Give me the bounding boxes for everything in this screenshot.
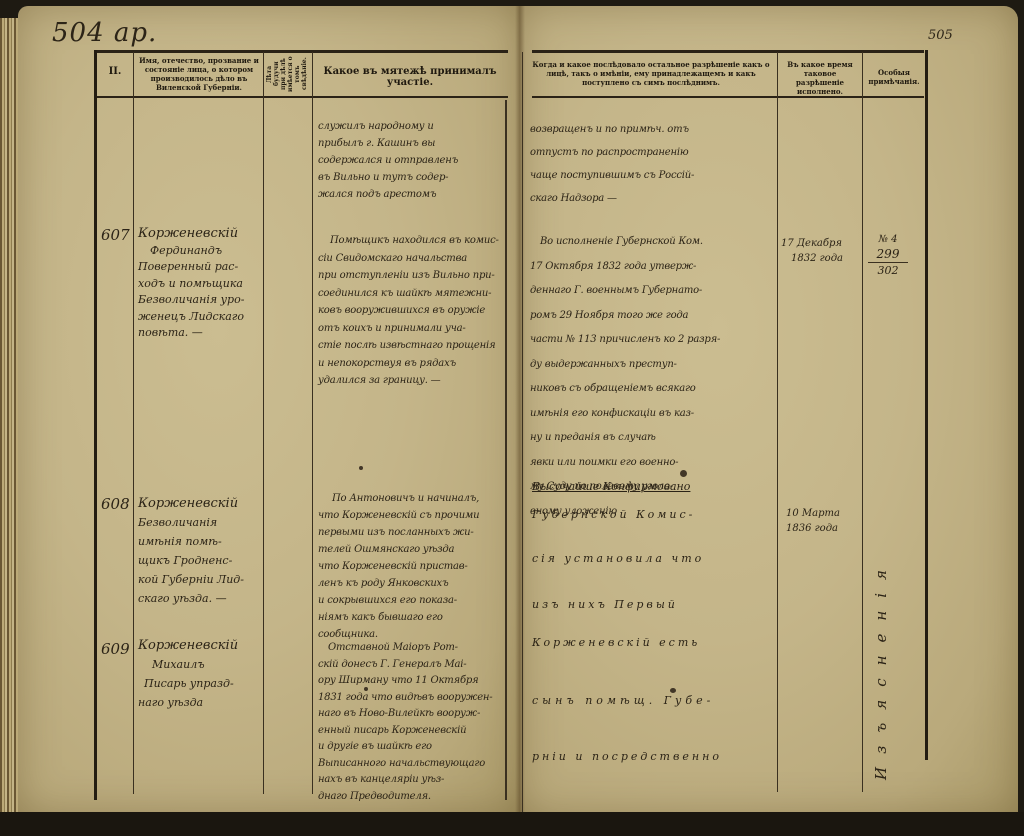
text-line: нахъ въ канцеляріи уѣз- — [318, 772, 492, 789]
header-number: II. — [100, 66, 130, 77]
text-line: Безволичанія — [138, 513, 244, 532]
text-line: повѣта. — — [138, 325, 244, 342]
entry-number: 608 — [101, 495, 130, 513]
ink-spot — [359, 466, 363, 470]
page-number-right: 505 — [928, 28, 953, 43]
text-line: телей Ошмянскаго уѣзда — [318, 541, 479, 558]
text-line: Высочайше Конфирмовано — [532, 480, 704, 508]
text-line: скаго Надзора — — [530, 187, 694, 210]
text-line: днаго Предводителя. — [318, 789, 492, 806]
col-divider-name — [263, 52, 264, 794]
text-line: сіи Свидомскаго начальства — [318, 250, 499, 268]
text-line: Отставной Маіоръ Рот- — [318, 640, 492, 657]
page-number-left: 504 ap. — [52, 18, 157, 48]
continuation-participation: служилъ народному и прибылъ г. Кашинъ вы… — [318, 118, 458, 203]
text-line: явки или поимки его военно- — [530, 451, 720, 476]
text-line: что Корженевскій пристав- — [318, 558, 479, 575]
text-line: Писарь упразд- — [138, 674, 238, 693]
text-line: ніямъ какъ бывшаго его — [318, 609, 479, 626]
entry-name: Корженевскій Безволичанія имѣнія помѣ- щ… — [138, 494, 244, 608]
text-line: содержался и отправленъ — [318, 152, 458, 169]
text-line: скій донесъ Г. Генералъ Маі- — [318, 657, 492, 674]
text-line: имѣнія его конфискаціи въ каз- — [530, 402, 720, 427]
ink-spot — [680, 470, 687, 477]
header-bottom-rule-right — [532, 96, 924, 98]
text-line: рніи и посредственно — [532, 750, 722, 763]
text-line: стіе послѣ извѣстнаго прощенія — [318, 337, 499, 355]
text-line: въ Вильно и тутъ содер- — [318, 169, 458, 186]
text-line: при отступленіи изъ Вильно при- — [318, 267, 499, 285]
book-gutter — [515, 6, 525, 816]
col-divider-executed — [862, 52, 863, 792]
col-divider-resolution-left — [522, 52, 523, 812]
text-line: ору Ширману что 11 Октября — [318, 673, 492, 690]
text-line: 17 Октября 1832 года утверж- — [530, 255, 720, 280]
entry-resolution: Корженевскій есть сынъ помѣщ. Губе- рніи… — [532, 636, 722, 763]
text-line: ну и преданія въ случаѣ — [530, 426, 720, 451]
col-divider-participation-right — [505, 100, 507, 800]
entry-executed-date: 17 Декабря 1832 года — [781, 236, 843, 266]
text-line: 1831 года что видѣвъ вооружен- — [318, 690, 492, 707]
text-line: ковъ вооружившихся въ оружіе — [318, 302, 499, 320]
text-line: наго уѣзда — [138, 693, 238, 712]
text-line: Корженевскій есть — [532, 636, 722, 694]
text-line: 10 Марта — [786, 506, 840, 521]
header-age: Лѣта будучи при дѣлѣ имѣется о томъ свѣд… — [266, 55, 310, 93]
text-line: Безволичанія уро- — [138, 292, 244, 309]
text-line: По Антоновичъ и начиналъ, — [318, 490, 479, 507]
entry-participation: Отставной Маіоръ Рот- скій донесъ Г. Ген… — [318, 640, 492, 805]
text-line: соединился къ шайкѣ мятежни- — [318, 285, 499, 303]
right-border-line — [925, 50, 928, 760]
text-line: Корженевскій — [138, 226, 244, 243]
ink-spot — [670, 688, 676, 693]
text-line: возвращенъ и по примѣч. отъ — [530, 118, 694, 141]
entry-notes: № 4 299 302 — [868, 232, 908, 278]
text-line: сынъ помѣщ. Губе- — [532, 694, 722, 750]
text-line: кой Губерніи Лид- — [138, 570, 244, 589]
text-line: 17 Декабря — [781, 236, 843, 251]
header-name: Имя, отечество, прозвание и состояніе ли… — [138, 56, 260, 92]
header-resolution: Когда и какое послѣдовало остальное разр… — [528, 60, 774, 87]
text-line: наго въ Ново-Вилейкѣ вооруж- — [318, 706, 492, 723]
entry-participation: По Антоновичъ и начиналъ, что Корженевск… — [318, 490, 479, 643]
text-line: отъ коихъ и принимали уча- — [318, 320, 499, 338]
text-line: Губернской Комис- — [532, 508, 704, 552]
text-line: Выписанного начальствующаго — [318, 756, 492, 773]
header-executed: Въ какое время таковое разрѣшеніе исполн… — [780, 60, 860, 96]
ink-spot — [364, 687, 368, 691]
header-top-rule-right — [532, 50, 924, 53]
text-line: енный писарь Корженевскій — [318, 723, 492, 740]
text-line: прибылъ г. Кашинъ вы — [318, 135, 458, 152]
ledger-book-spread: 504 ap. 505 II. Имя, отечество, прозвани… — [0, 0, 1024, 836]
bottom-shadow — [0, 812, 1024, 836]
entry-resolution: Высочайше Конфирмовано Губернской Комис-… — [532, 480, 704, 644]
text-line: Во исполненіе Губернской Ком. — [530, 230, 720, 255]
text-line: чаще поступившимъ съ Россій- — [530, 164, 694, 187]
text-line: отпустъ по распространенію — [530, 141, 694, 164]
text-line: и другіе въ шайкѣ его — [318, 739, 492, 756]
col-divider-resolution — [777, 52, 778, 792]
header-bottom-rule-left — [96, 96, 508, 98]
col-divider-number — [133, 52, 134, 794]
text-line: ду выдержанныхъ преступ- — [530, 353, 720, 378]
text-line: и сокрывшихся его показа- — [318, 592, 479, 609]
margin-vertical-note: Изъясненія — [872, 480, 890, 780]
text-line: Корженевскій — [138, 494, 244, 513]
col-divider-age — [312, 52, 313, 794]
text-line: женецъ Лидскаго — [138, 309, 244, 326]
text-line: 1836 года — [786, 521, 840, 536]
text-line: Поверенный рас- — [138, 259, 244, 276]
text-line: № 4 — [868, 232, 908, 247]
text-line: Корженевскій — [138, 636, 238, 655]
left-border-line — [94, 50, 97, 800]
text-line: никовъ съ обращеніемъ всякаго — [530, 377, 720, 402]
text-line: служилъ народному и — [318, 118, 458, 135]
header-participation: Какое въ мятежѣ принималъ участіе. — [316, 66, 504, 88]
text-line: ромъ 29 Ноября того же года — [530, 304, 720, 329]
text-line: части № 113 причисленъ ко 2 разря- — [530, 328, 720, 353]
text-line: ленъ къ роду Янковскихъ — [318, 575, 479, 592]
entry-participation: Помѣщикъ находился въ комис- сіи Свидомс… — [318, 232, 499, 390]
header-notes: Особыя примѣчанія. — [865, 68, 923, 86]
entry-executed-date: 10 Марта 1836 года — [786, 506, 840, 536]
text-line: 299 — [868, 247, 908, 263]
entry-name: Корженевскій Фердинандъ Поверенный рас- … — [138, 226, 244, 342]
text-line: сія установила что — [532, 552, 704, 598]
entry-number: 609 — [101, 640, 130, 658]
text-line: первыми изъ посланныхъ жи- — [318, 524, 479, 541]
text-line: 1832 года — [781, 251, 843, 266]
text-line: что Корженевскій съ прочими — [318, 507, 479, 524]
text-line: скаго уѣзда. — — [138, 589, 244, 608]
text-line: деннаго Г. военнымъ Губернато- — [530, 279, 720, 304]
text-line: 302 — [868, 263, 908, 278]
header-top-rule-left — [96, 50, 508, 53]
text-line: щикъ Гродненс- — [138, 551, 244, 570]
text-line: жался подъ арестомъ — [318, 186, 458, 203]
text-line: и непокорствуя въ рядахъ — [318, 355, 499, 373]
text-line: ходъ и помѣщика — [138, 276, 244, 293]
text-line: Помѣщикъ находился въ комис- — [318, 232, 499, 250]
text-line: имѣнія помѣ- — [138, 532, 244, 551]
text-line: Фердинандъ — [138, 243, 244, 260]
text-line: Михаилъ — [138, 655, 238, 674]
text-line: удалился за границу. — — [318, 372, 499, 390]
entry-number: 607 — [101, 226, 130, 244]
continuation-resolution: возвращенъ и по примѣч. отъ отпустъ по р… — [530, 118, 694, 210]
entry-name: Корженевскій Михаилъ Писарь упразд- наго… — [138, 636, 238, 712]
